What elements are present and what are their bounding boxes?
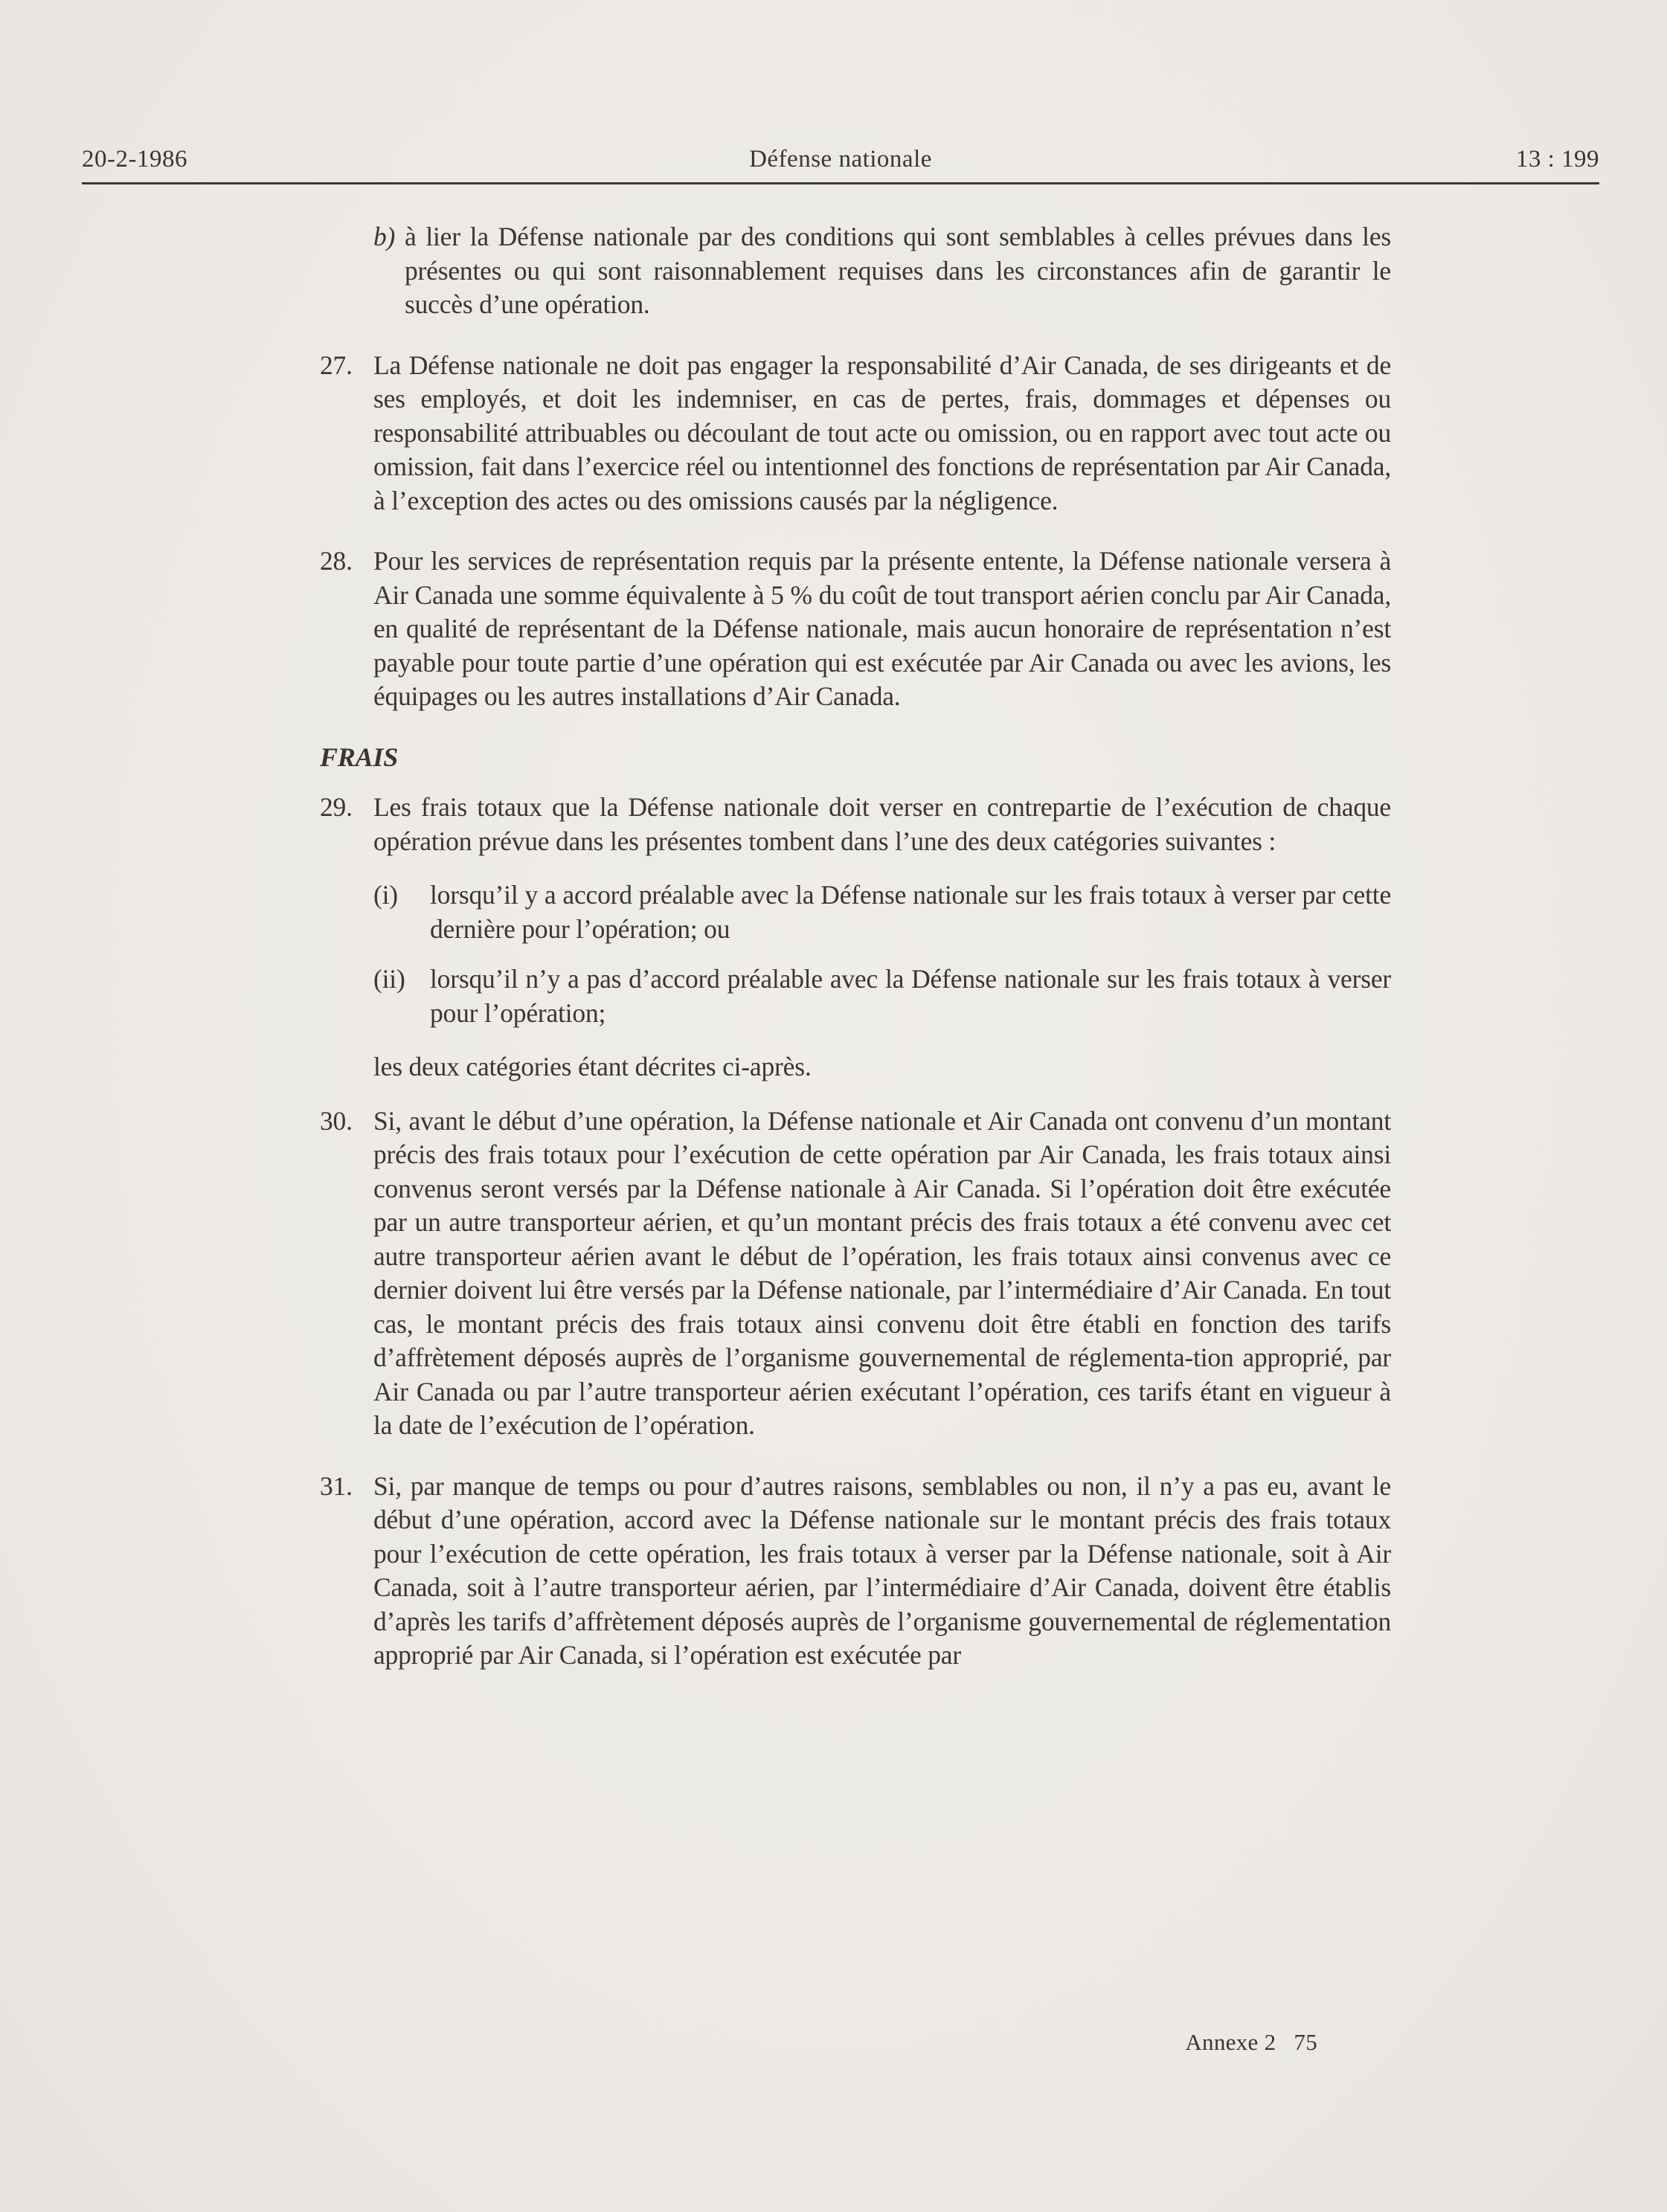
paragraph-28: 28. Pour les services de représentation … xyxy=(320,544,1391,714)
item-ii: (ii) lorsqu’il n’y a pas d’accord préala… xyxy=(320,962,1391,1030)
paragraph-text: Si, avant le début d’une opération, la D… xyxy=(373,1106,1391,1441)
item-b-text: à lier la Défense nationale par des cond… xyxy=(373,220,1391,322)
paragraph-29: 29. Les frais totaux que la Défense nati… xyxy=(320,791,1391,858)
item-i: (i) lorsqu’il y a accord préalable avec … xyxy=(320,878,1391,946)
paragraph-text: Pour les services de représentation requ… xyxy=(373,546,1391,711)
paragraph-text: Les frais totaux que la Défense national… xyxy=(373,792,1391,856)
header-page-ref: 13 : 199 xyxy=(1516,146,1599,173)
section-heading: FRAIS xyxy=(320,741,1391,775)
paragraph-number: 31. xyxy=(320,1470,353,1504)
item-b: b) à lier la Défense nationale par des c… xyxy=(320,220,1391,322)
paragraph-number: 28. xyxy=(320,544,353,579)
running-head: 20-2-1986 Défense nationale 13 : 199 xyxy=(82,143,1599,180)
item-ii-text: lorsqu’il n’y a pas d’accord préalable a… xyxy=(373,962,1391,1030)
paragraph-text: La Défense nationale ne doit pas engager… xyxy=(373,350,1391,515)
document-body: b) à lier la Défense nationale par des c… xyxy=(320,220,1391,1673)
paragraph-number: 27. xyxy=(320,349,353,383)
item-b-label: b) xyxy=(373,220,395,254)
paragraph-29-tail: les deux catégories étant décrites ci-ap… xyxy=(320,1050,1391,1084)
scanned-page: 20-2-1986 Défense nationale 13 : 199 b) … xyxy=(0,0,1667,2212)
header-title: Défense nationale xyxy=(82,146,1599,173)
paragraph-30: 30. Si, avant le début d’une opération, … xyxy=(320,1105,1391,1443)
page-footer: Annexe 275 xyxy=(1185,2029,1317,2056)
paragraph-number: 29. xyxy=(320,791,353,825)
item-ii-label: (ii) xyxy=(373,962,405,997)
footer-page-number: 75 xyxy=(1294,2029,1317,2055)
item-i-label: (i) xyxy=(373,878,398,913)
paragraph-number: 30. xyxy=(320,1105,353,1139)
header-rule xyxy=(82,182,1599,184)
paragraph-text: Si, par manque de temps ou pour d’autres… xyxy=(373,1471,1391,1671)
item-i-text: lorsqu’il y a accord préalable avec la D… xyxy=(373,878,1391,946)
paragraph-27: 27. La Défense nationale ne doit pas eng… xyxy=(320,349,1391,518)
footer-annex-label: Annexe 2 xyxy=(1185,2029,1276,2055)
paragraph-31: 31. Si, par manque de temps ou pour d’au… xyxy=(320,1470,1391,1673)
